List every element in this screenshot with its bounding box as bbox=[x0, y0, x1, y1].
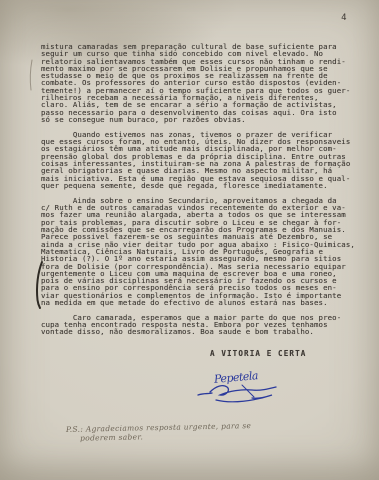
paragraph: Caro camarada, esperamos que a maior par… bbox=[41, 314, 379, 336]
paragraph: Ainda sobre o ensino Secundario, aprovei… bbox=[41, 197, 379, 306]
scanned-letter-page: 4 mistura camaradas sem preparação cultu… bbox=[0, 0, 379, 480]
closing-slogan: A VITORIA E CERTA bbox=[210, 349, 306, 358]
signature-flourish bbox=[196, 380, 282, 412]
page-number: 4 bbox=[341, 13, 347, 23]
paragraph: Quando estivemos nas zonas, tivemos o pr… bbox=[41, 131, 379, 189]
postscript-note: P.S.: Agradeciamos resposta urgente, par… bbox=[66, 421, 252, 443]
signature-block: Pepetela bbox=[196, 366, 306, 410]
typed-line: quer pequena semente, desde que regada, … bbox=[41, 182, 379, 189]
typed-line: só se consegue num buraco, por razões ob… bbox=[41, 116, 379, 123]
typed-line: vontade disso, não desmoralizamos. Boa s… bbox=[41, 328, 379, 335]
pencil-margin-mark bbox=[26, 58, 36, 96]
typed-body: mistura camaradas sem preparação cultura… bbox=[41, 43, 379, 343]
paragraph: mistura camaradas sem preparação cultura… bbox=[41, 43, 379, 123]
typed-line: na medida em que metade do efectivo de a… bbox=[41, 299, 379, 306]
